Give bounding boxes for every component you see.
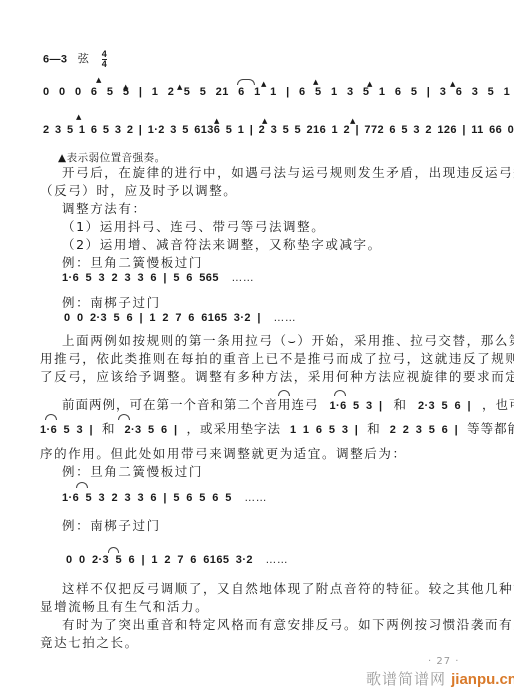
example-score: 0 0 2·3 5 6 | 1 2 7 6 6165 3·2 | …… [64,312,296,324]
paragraph-line-inline: 前面两例，可在第一个音和第二个音用连弓 1·6 5 3 | 和 2·3 5 6 … [62,396,514,415]
inline-score: 2·3 5 6 | [124,424,177,436]
watermark-en: jianpu.cn [451,671,514,688]
score-line-2: 2 3 5 1 6 5 3 2 | 1·2 3 5 6136 5 1 | 2 3… [43,121,514,136]
inline-score: 1·6 5 3 | [330,400,383,412]
paragraph-line: 了反弓，应该给予调整。调整有多种方法，采用何种方法应视旋律的要求而定。 [40,368,514,386]
accent-icon: ▲ [177,83,182,91]
slur-mark [108,547,119,553]
paragraph-line-inline: 1·6 5 3 | 和 2·3 5 6 | ，或采用垫字法 1 1 6 5 3 … [40,420,514,439]
example-score: 0 0 2·3 5 6 | 1 2 7 6 6165 3·2 …… [66,554,288,566]
paragraph-line: 竟达七拍之长。 [40,634,139,652]
method-item: （2）运用增、减音符法来调整，又称垫字或减字。 [62,236,382,254]
slur-mark [278,390,290,396]
tuning-value: 6—3 [43,53,67,65]
slur-mark [334,390,346,396]
accent-icon: ▲ [450,80,455,88]
paragraph-line: 开弓后，在旋律的进行中，如遇弓法与运弓规则发生矛盾，出现违反运弓规则的逆弓 [62,164,514,182]
example-score: 1·6 5 3 2 3 3 6 | 5 6 565 …… [62,272,254,284]
inline-score: 2·3 5 6 | [418,400,471,412]
score-line-1: 0 0 0 6 5 5 | 1 2 5 5 21 6 1 1 | 6 5 1 3… [43,86,514,98]
paragraph-line: 序的作用。但此处如用带弓来调整就更为适宜。调整后为： [40,445,407,463]
slur-mark [76,482,88,488]
paragraph-line: 有时为了突出重音和特定风格而有意安排反弓。如下两例按习惯沿袭而有意安排的反弓 [62,616,514,634]
slur-mark [237,79,255,85]
example-label: 例：南梆子过门 [62,294,161,312]
slur-mark [118,414,130,420]
accent-icon: ▲ [262,117,267,125]
accent-icon: ▲ [367,80,372,88]
inline-score: 1 1 6 5 3 | [290,424,358,436]
paragraph-line: 这样不仅把反弓调顺了，又自然地体现了附点音符的特征。较之其他几种调整法，曲调 [62,580,514,598]
accent-icon: ▲ [96,76,101,84]
paragraph-line: 用推弓，依此类推则在每拍的重音上已不是推弓而成了拉弓，这就违反了规则的第三项，成 [40,350,514,368]
time-signature: 4 4 [102,50,107,69]
method-item: （1）运用抖弓、连弓、带弓等弓法调整。 [62,218,325,236]
page-number: · 27 · [428,656,459,667]
watermark-cn: 歌谱简谱网 [366,670,446,688]
slur-mark [45,414,57,420]
inline-score: 2 2 3 5 6 | [390,424,458,436]
accent-icon: ▲ [261,80,266,88]
example-label: 例：旦角二簧慢板过门 [62,254,203,272]
accent-icon: ▲ [350,117,355,125]
string-label: 弦 [78,52,89,65]
accent-icon: ▲ [76,113,81,121]
legend-note: ▲表示弱位置音强奏。 [58,150,166,165]
paragraph-line: 显增流畅且有生气和活力。 [40,598,209,616]
example-label: 例：南梆子过门 [62,517,161,535]
example-score: 1·6 5 3 2 3 3 6 | 5 6 5 6 5 …… [62,492,267,504]
paragraph-line: 上面两例如按规则的第一条用拉弓（⌣）开始，采用推、拉弓交替，那么第二个音就该 [62,332,514,350]
accent-icon: ▲ [214,117,219,125]
inline-score: 1·6 5 3 | [40,424,93,436]
accent-icon: ▲ [123,83,128,91]
tuning-header: 6—3 弦 4 4 [43,50,107,69]
paragraph-line: （反弓）时，应及时予以调整。 [40,182,237,200]
watermark: 歌谱简谱网 jianpu.cn [366,668,514,689]
methods-title: 调整方法有： [62,200,147,218]
example-label: 例：旦角二簧慢板过门 [62,463,203,481]
accent-icon: ▲ [313,78,318,86]
